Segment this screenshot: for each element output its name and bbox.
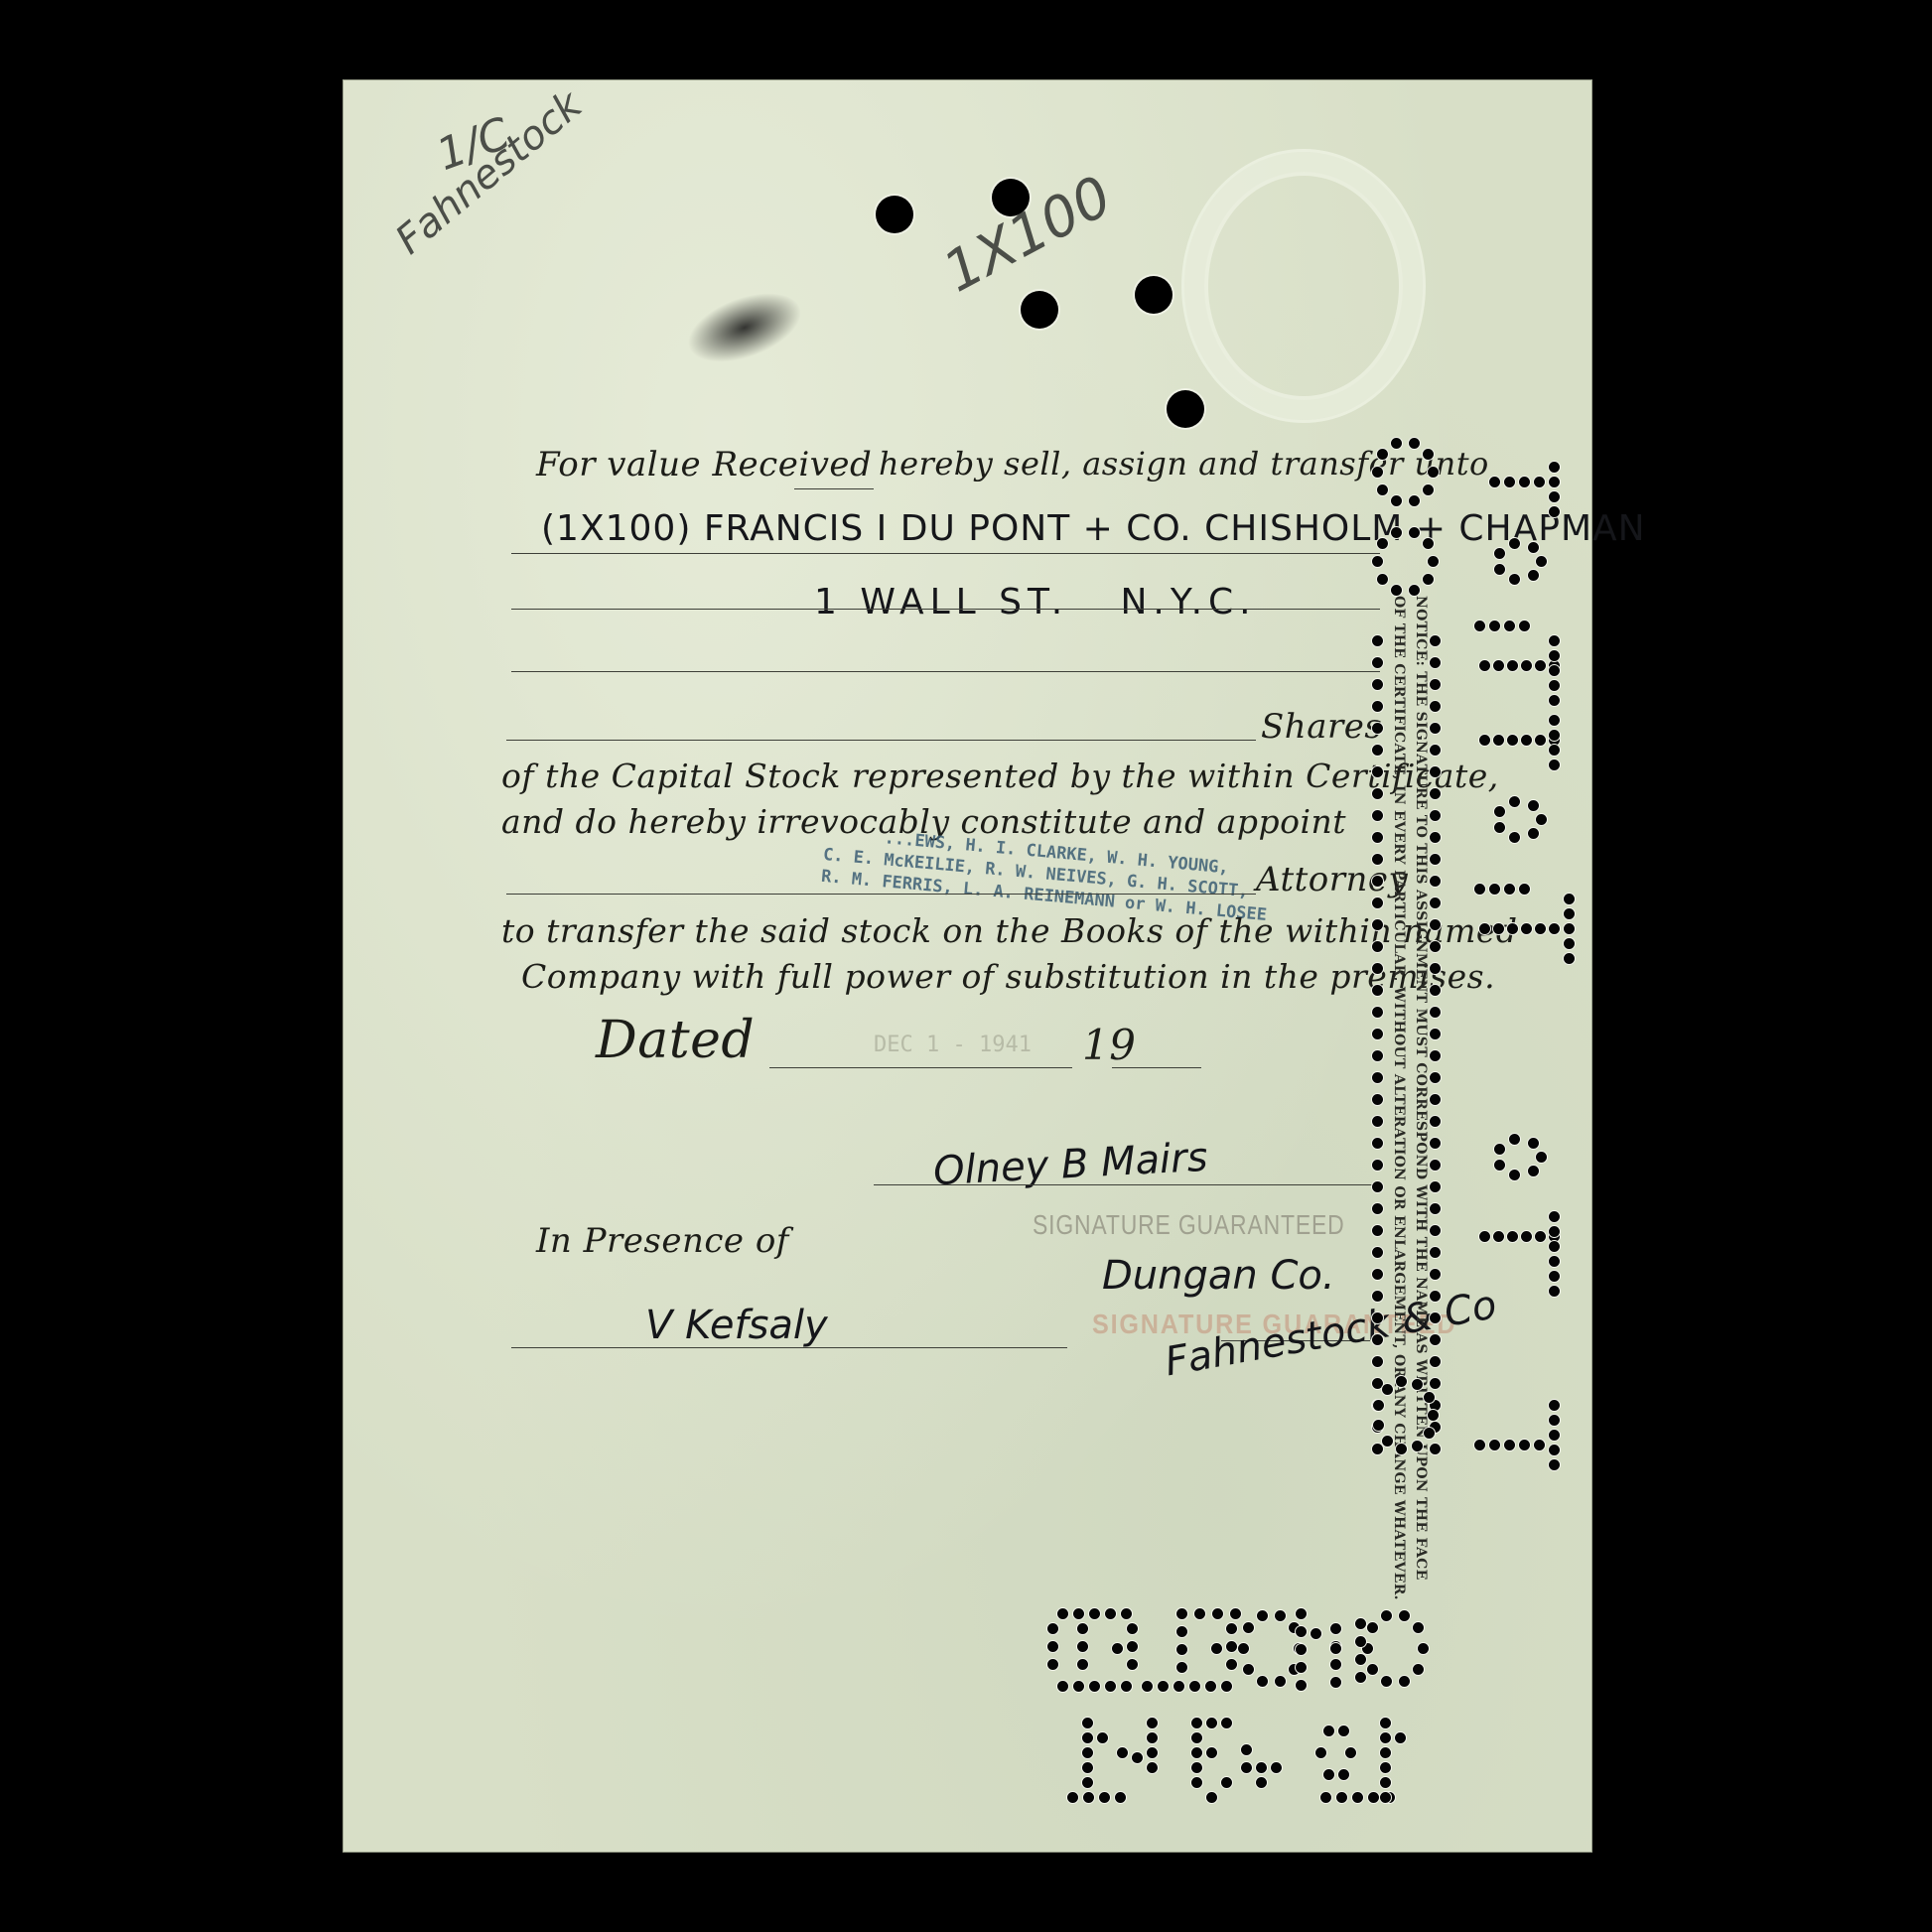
sell-assign-transfer-label: hereby sell, assign and transfer unto bbox=[879, 445, 1489, 483]
transfer-text: to transfer the said stock on the Books … bbox=[501, 911, 1518, 950]
dated-label: Dated bbox=[596, 1011, 755, 1070]
in-presence-of-label: In Presence of bbox=[536, 1221, 789, 1261]
company-text: Company with full power of substitution … bbox=[521, 957, 1495, 996]
for-value-received-label: For value Received bbox=[536, 445, 872, 484]
capital-stock-text: of the Capital Stock represented by the … bbox=[501, 757, 1499, 795]
guarantor-1-signature: Dungan Co. bbox=[1102, 1253, 1335, 1299]
date-stamp: DEC 1 - 1941 bbox=[874, 1033, 1032, 1057]
year-prefix: 19 bbox=[1082, 1021, 1136, 1069]
witness-signature: V Kefsaly bbox=[645, 1303, 828, 1348]
transferee-address: 1 WALL ST. N.Y.C. bbox=[814, 582, 1257, 622]
embossed-seal bbox=[1181, 149, 1426, 423]
transferee-line-1 bbox=[511, 553, 1380, 554]
date-line bbox=[769, 1067, 1072, 1068]
attorney-line bbox=[506, 894, 1256, 895]
witness-line bbox=[511, 1347, 1067, 1348]
punch-hole bbox=[1021, 291, 1058, 329]
transferee-name: (1X100) FRANCIS I DU PONT + CO. CHISHOLM… bbox=[541, 508, 1646, 549]
shares-label: Shares bbox=[1261, 707, 1382, 747]
punch-hole bbox=[1167, 390, 1204, 428]
punch-hole bbox=[1135, 276, 1173, 314]
owner-signature-line bbox=[874, 1184, 1380, 1185]
shares-line bbox=[506, 740, 1256, 741]
year-line bbox=[1112, 1067, 1201, 1068]
punch-hole bbox=[876, 196, 913, 233]
transferee-line-3 bbox=[511, 671, 1380, 672]
transferee-line-2 bbox=[511, 609, 1380, 610]
underline bbox=[794, 488, 874, 489]
signature-guaranteed-stamp-1: SIGNATURE GUARANTEED bbox=[1033, 1209, 1344, 1241]
signature-notice: NOTICE: THE SIGNATURE TO THIS ASSIGNMENT… bbox=[1385, 596, 1454, 1469]
